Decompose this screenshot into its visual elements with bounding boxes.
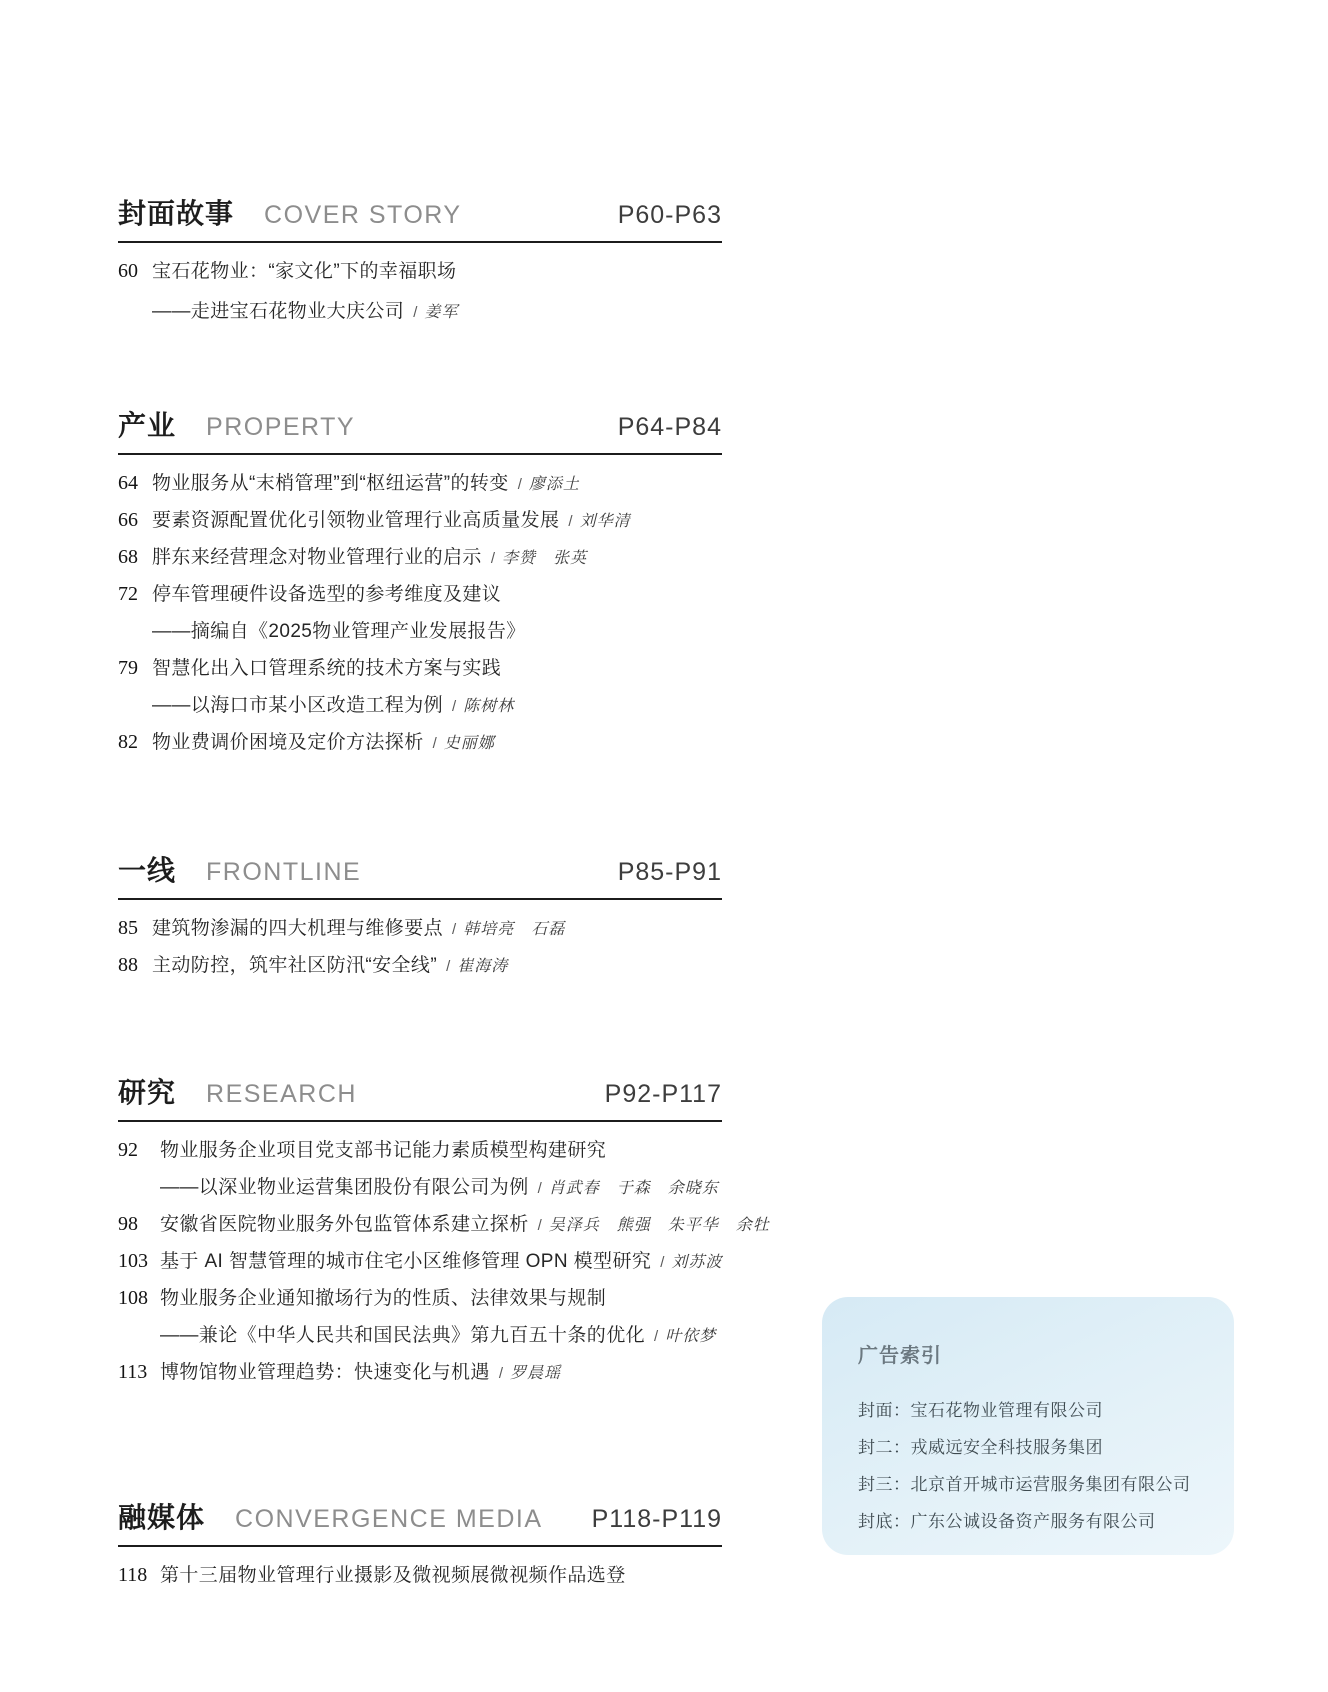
toc-item: 82 物业费调价困境及定价方法探析 / 史丽娜 [118,727,722,764]
toc-item-subtitle: ——以深业物业运营集团股份有限公司为例 / 肖武春 于森 余晓东 [118,1172,722,1209]
author-separator: / [446,958,450,975]
author-separator: / [538,1180,542,1197]
author-separator: / [413,304,417,321]
section-items: 64 物业服务从“末梢管理”到“枢纽运营”的转变 / 廖添土 66 要素资源配置… [118,468,722,764]
item-title: 要素资源配置优化引领物业管理行业高质量发展 [152,505,559,532]
author-separator: / [518,476,522,493]
item-page-number: 103 [118,1250,160,1273]
author-separator: / [654,1328,658,1345]
section-title-en: COVER STORY [264,201,462,230]
item-subtitle: ——以深业物业运营集团股份有限公司为例 [160,1172,529,1199]
author-separator: / [568,513,572,530]
toc-item: 113 博物馆物业管理趋势：快速变化与机遇 / 罗晨瑶 [118,1357,722,1394]
section-header: 融媒体 CONVERGENCE MEDIA P118-P119 [118,1496,722,1547]
item-page-number: 82 [118,731,152,754]
item-authors: 廖添土 [529,471,580,494]
section-cover-story: 封面故事 COVER STORY P60-P63 60 宝石花物业：“家文化”下… [118,192,722,336]
item-subtitle: ——走进宝石花物业大庆公司 [152,296,404,323]
ad-index-item-cover: 封面：宝石花物业管理有限公司 [858,1390,1234,1427]
toc-item: 79 智慧化出入口管理系统的技术方案与实践 [118,653,722,690]
toc-item: 92 物业服务企业项目党支部书记能力素质模型构建研究 [118,1135,722,1172]
item-page-number: 60 [118,260,152,283]
ad-index-items: 封面：宝石花物业管理有限公司 封二：戎威远安全科技服务集团 封三：北京首开城市运… [858,1390,1234,1538]
toc-item: 98 安徽省医院物业服务外包监管体系建立探析 / 吴泽兵 熊强 朱平华 余牡 [118,1209,722,1246]
section-items: 118 第十三届物业管理行业摄影及微视频展微视频作品选登 [118,1560,722,1597]
author-separator: / [538,1217,542,1234]
item-page-number: 108 [118,1287,160,1310]
ad-index-item-back: 封底：广东公诚设备资产服务有限公司 [858,1501,1234,1538]
toc-item: 108 物业服务企业通知撤场行为的性质、法律效果与规制 [118,1283,722,1320]
author-separator: / [452,698,456,715]
ad-index-item-inside-back: 封三：北京首开城市运营服务集团有限公司 [858,1464,1234,1501]
section-header: 研究 RESEARCH P92-P117 [118,1071,722,1122]
section-items: 85 建筑物渗漏的四大机理与维修要点 / 韩培亮 石磊 88 主动防控，筑牢社区… [118,913,722,987]
item-authors: 吴泽兵 熊强 朱平华 余牡 [549,1212,770,1235]
item-page-number: 64 [118,472,152,495]
section-title-en: FRONTLINE [206,858,361,887]
item-page-number: 66 [118,509,152,532]
item-title: 物业服务企业项目党支部书记能力素质模型构建研究 [160,1135,606,1162]
author-separator: / [499,1365,503,1382]
author-separator: / [433,735,437,752]
item-title: 安徽省医院物业服务外包监管体系建立探析 [160,1209,529,1236]
item-title: 宝石花物业：“家文化”下的幸福职场 [152,256,456,283]
item-page-number: 113 [118,1361,160,1384]
item-authors: 李赞 张英 [502,545,587,568]
item-authors: 史丽娜 [444,730,495,753]
item-authors: 叶依梦 [665,1323,716,1346]
ad-index-item-inside-front: 封二：戎威远安全科技服务集团 [858,1427,1234,1464]
magazine-toc-page: 封面故事 COVER STORY P60-P63 60 宝石花物业：“家文化”下… [0,0,1328,1692]
toc-item: 60 宝石花物业：“家文化”下的幸福职场 [118,256,722,296]
section-items: 92 物业服务企业项目党支部书记能力素质模型构建研究 ——以深业物业运营集团股份… [118,1135,722,1394]
item-authors: 陈树林 [463,693,514,716]
section-title-en: CONVERGENCE MEDIA [235,1505,542,1534]
author-separator: / [452,921,456,938]
toc-item-subtitle: ——兼论《中华人民共和国民法典》第九百五十条的优化 / 叶依梦 [118,1320,722,1357]
item-page-number: 72 [118,583,152,606]
section-convergence-media: 融媒体 CONVERGENCE MEDIA P118-P119 118 第十三届… [118,1496,722,1597]
item-authors: 刘华清 [580,508,631,531]
toc-item-subtitle: ——以海口市某小区改造工程为例 / 陈树林 [118,690,722,727]
toc-item: 85 建筑物渗漏的四大机理与维修要点 / 韩培亮 石磊 [118,913,722,950]
item-page-number: 92 [118,1139,160,1162]
section-title-zh: 封面故事 [118,192,234,232]
section-title-zh: 融媒体 [118,1496,205,1536]
section-page-range: P64-P84 [618,413,722,442]
section-title-en: RESEARCH [206,1080,357,1109]
item-authors: 韩培亮 石磊 [463,916,565,939]
toc-item: 66 要素资源配置优化引领物业管理行业高质量发展 / 刘华清 [118,505,722,542]
item-title: 停车管理硬件设备选型的参考维度及建议 [152,579,501,606]
section-title-zh: 一线 [118,849,176,889]
section-property: 产业 PROPERTY P64-P84 64 物业服务从“末梢管理”到“枢纽运营… [118,404,722,764]
item-page-number: 68 [118,546,152,569]
section-title-zh: 研究 [118,1071,176,1111]
toc-item: 64 物业服务从“末梢管理”到“枢纽运营”的转变 / 廖添土 [118,468,722,505]
toc-item: 103 基于 AI 智慧管理的城市住宅小区维修管理 OPN 模型研究 / 刘苏波 [118,1246,722,1283]
toc-item-subtitle: ——摘编自《2025物业管理产业发展报告》 [118,616,722,653]
item-title: 物业费调价困境及定价方法探析 [152,727,424,754]
author-separator: / [491,550,495,567]
ad-index-title: 广告索引 [858,1339,1234,1368]
section-header: 一线 FRONTLINE P85-P91 [118,849,722,900]
toc-item: 88 主动防控，筑牢社区防汛“安全线” / 崔海涛 [118,950,722,987]
item-title: 物业服务企业通知撤场行为的性质、法律效果与规制 [160,1283,606,1310]
section-page-range: P92-P117 [605,1080,722,1109]
item-authors: 肖武春 于森 余晓东 [549,1175,719,1198]
section-page-range: P118-P119 [592,1505,722,1534]
item-authors: 罗晨瑶 [510,1360,561,1383]
section-items: 60 宝石花物业：“家文化”下的幸福职场 ——走进宝石花物业大庆公司 / 姜军 [118,256,722,336]
section-page-range: P60-P63 [618,201,722,230]
item-title: 基于 AI 智慧管理的城市住宅小区维修管理 OPN 模型研究 [160,1246,651,1273]
ad-index-box: 广告索引 封面：宝石花物业管理有限公司 封二：戎威远安全科技服务集团 封三：北京… [822,1297,1234,1555]
item-authors: 崔海涛 [457,953,508,976]
section-research: 研究 RESEARCH P92-P117 92 物业服务企业项目党支部书记能力素… [118,1071,722,1394]
section-header: 封面故事 COVER STORY P60-P63 [118,192,722,243]
toc-item: 72 停车管理硬件设备选型的参考维度及建议 [118,579,722,616]
toc-item: 68 胖东来经营理念对物业管理行业的启示 / 李赞 张英 [118,542,722,579]
item-title: 智慧化出入口管理系统的技术方案与实践 [152,653,501,680]
item-subtitle: ——摘编自《2025物业管理产业发展报告》 [152,616,526,643]
author-separator: / [660,1254,664,1271]
item-title: 建筑物渗漏的四大机理与维修要点 [152,913,443,940]
item-authors: 刘苏波 [671,1249,722,1272]
item-page-number: 88 [118,954,152,977]
item-page-number: 79 [118,657,152,680]
item-title: 主动防控，筑牢社区防汛“安全线” [152,950,437,977]
item-subtitle: ——兼论《中华人民共和国民法典》第九百五十条的优化 [160,1320,645,1347]
item-title: 第十三届物业管理行业摄影及微视频展微视频作品选登 [160,1560,626,1587]
item-title: 胖东来经营理念对物业管理行业的启示 [152,542,482,569]
section-frontline: 一线 FRONTLINE P85-P91 85 建筑物渗漏的四大机理与维修要点 … [118,849,722,987]
item-authors: 姜军 [424,299,458,322]
item-page-number: 85 [118,917,152,940]
item-subtitle: ——以海口市某小区改造工程为例 [152,690,443,717]
item-page-number: 98 [118,1213,160,1236]
section-title-en: PROPERTY [206,413,355,442]
toc-item: 118 第十三届物业管理行业摄影及微视频展微视频作品选登 [118,1560,722,1597]
item-title: 博物馆物业管理趋势：快速变化与机遇 [160,1357,490,1384]
section-page-range: P85-P91 [618,858,722,887]
item-title: 物业服务从“末梢管理”到“枢纽运营”的转变 [152,468,509,495]
section-header: 产业 PROPERTY P64-P84 [118,404,722,455]
section-title-zh: 产业 [118,404,176,444]
toc-item-subtitle: ——走进宝石花物业大庆公司 / 姜军 [118,296,722,336]
item-page-number: 118 [118,1564,160,1587]
